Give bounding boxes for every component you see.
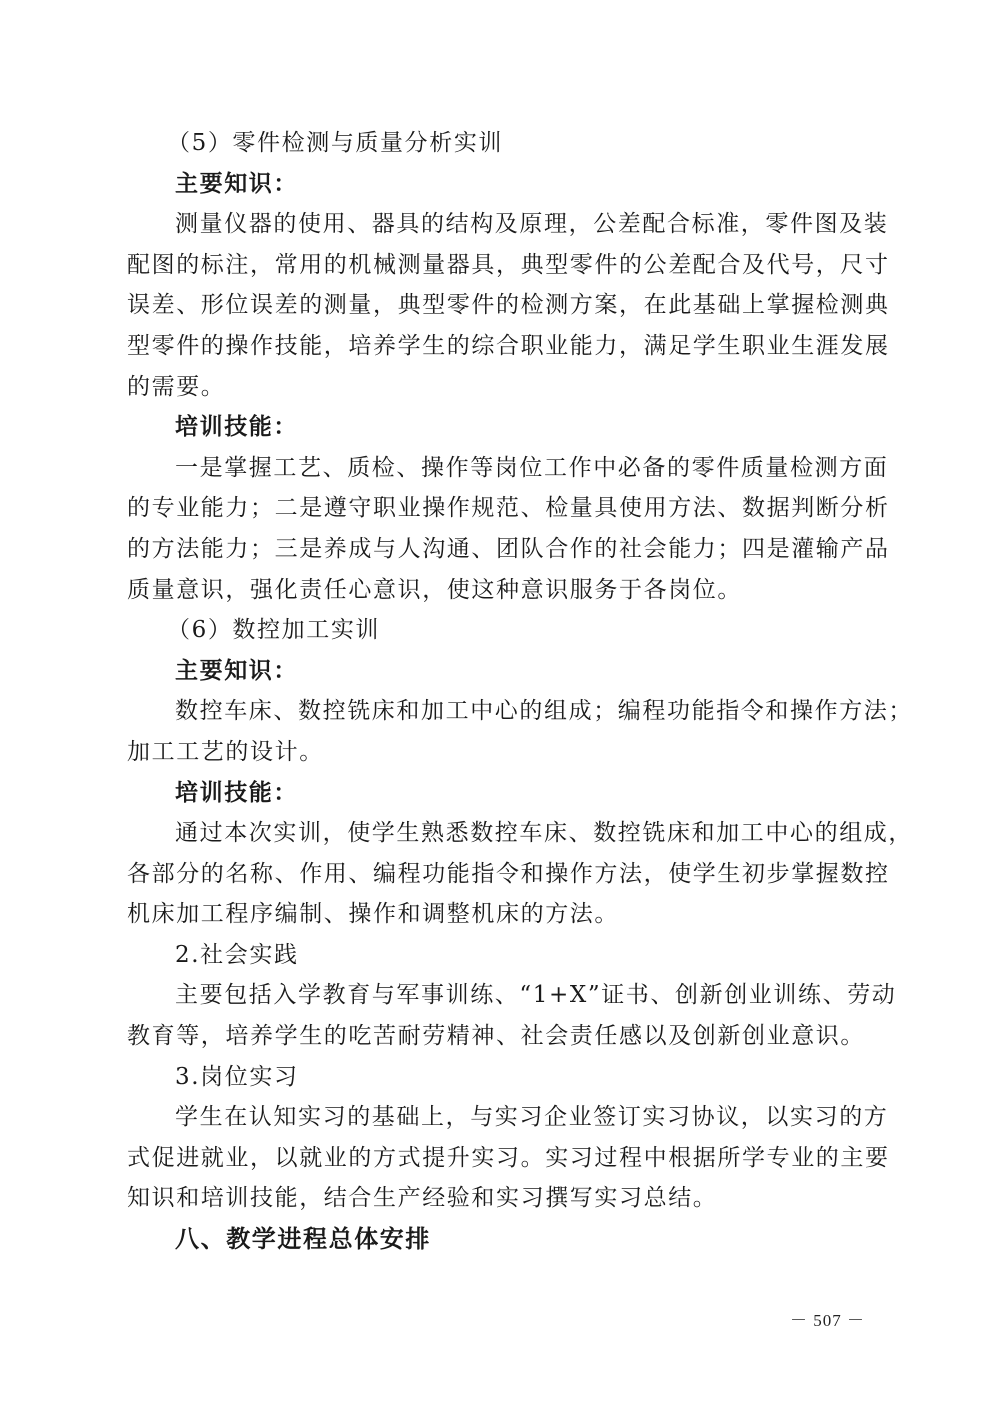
paragraph-line: 式促进就业，以就业的方式提升实习。实习过程中根据所学专业的主要: [127, 1138, 875, 1179]
paragraph-line: 加工工艺的设计。: [127, 732, 875, 773]
paragraph-line: 通过本次实训，使学生熟悉数控车床、数控铣床和加工中心的组成，: [127, 813, 875, 854]
paragraph-line: 知识和培训技能，结合生产经验和实习撰写实习总结。: [127, 1178, 875, 1219]
paragraph-line: 数控车床、数控铣床和加工中心的组成；编程功能指令和操作方法；: [127, 691, 875, 732]
paragraph-line: 一是掌握工艺、质检、操作等岗位工作中必备的零件质量检测方面: [127, 448, 875, 489]
document-page: （5）零件检测与质量分析实训 主要知识： 测量仪器的使用、器具的结构及原理，公差…: [0, 0, 1000, 1414]
section-heading-internship: 3.岗位实习: [127, 1057, 875, 1098]
skills-label: 培训技能：: [127, 407, 875, 448]
paragraph-line: 的专业能力；二是遵守职业操作规范、检量具使用方法、数据判断分析: [127, 488, 875, 529]
paragraph-line: 质量意识，强化责任心意识，使这种意识服务于各岗位。: [127, 570, 875, 611]
paragraph-line: 主要包括入学教育与军事训练、“1+X”证书、创新创业训练、劳动: [127, 975, 875, 1016]
paragraph-line: 各部分的名称、作用、编程功能指令和操作方法，使学生初步掌握数控: [127, 854, 875, 895]
page-content: （5）零件检测与质量分析实训 主要知识： 测量仪器的使用、器具的结构及原理，公差…: [127, 123, 875, 1260]
paragraph-line: 型零件的操作技能，培养学生的综合职业能力，满足学生职业生涯发展: [127, 326, 875, 367]
page-number: － 507 －: [790, 1306, 865, 1331]
section-heading-parts-inspection: （5）零件检测与质量分析实训: [127, 123, 875, 164]
paragraph-line: 的方法能力；三是养成与人沟通、团队合作的社会能力；四是灌输产品: [127, 529, 875, 570]
knowledge-label: 主要知识：: [127, 651, 875, 692]
paragraph-line: 配图的标注，常用的机械测量器具，典型零件的公差配合及代号，尺寸: [127, 245, 875, 286]
knowledge-label: 主要知识：: [127, 164, 875, 205]
section-heading-cnc-machining: （6）数控加工实训: [127, 610, 875, 651]
paragraph-line: 教育等，培养学生的吃苦耐劳精神、社会责任感以及创新创业意识。: [127, 1016, 875, 1057]
chapter-heading: 八、教学进程总体安排: [127, 1219, 875, 1260]
paragraph-line: 的需要。: [127, 367, 875, 408]
section-heading-social-practice: 2.社会实践: [127, 935, 875, 976]
paragraph-line: 误差、形位误差的测量，典型零件的检测方案，在此基础上掌握检测典: [127, 285, 875, 326]
skills-label: 培训技能：: [127, 773, 875, 814]
paragraph-line: 测量仪器的使用、器具的结构及原理，公差配合标准，零件图及装: [127, 204, 875, 245]
paragraph-line: 学生在认知实习的基础上，与实习企业签订实习协议，以实习的方: [127, 1097, 875, 1138]
paragraph-line: 机床加工程序编制、操作和调整机床的方法。: [127, 894, 875, 935]
